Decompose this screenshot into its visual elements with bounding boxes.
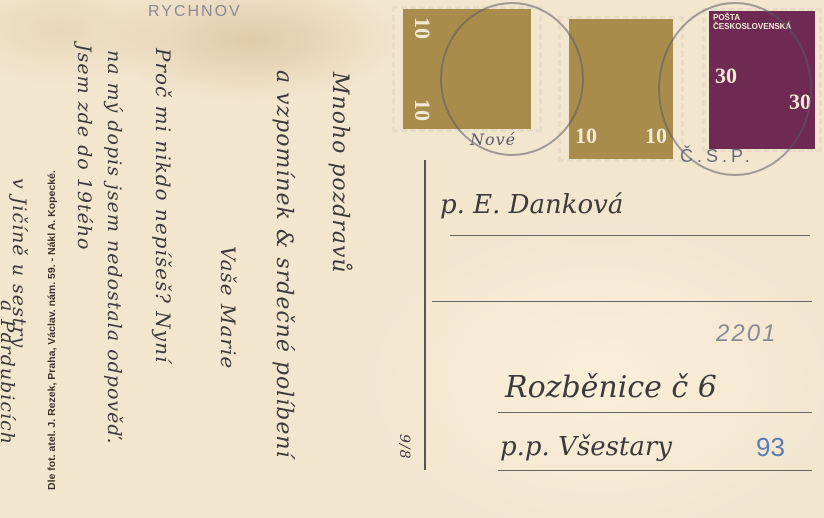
address-rule: [498, 470, 812, 471]
center-divider: [424, 160, 426, 470]
message-line-2: a vzpomínek & srdečné políbení: [271, 70, 296, 459]
message-line-5: na mý dopis jsem nedostala odpověď.: [103, 50, 125, 445]
address-post-office: p.p. Všestary: [500, 432, 672, 462]
address-recipient: p. E. Danková: [440, 190, 623, 220]
postcard-back: RYCHNOV Dle fot. atel. J. Rezek, Praha, …: [0, 0, 824, 518]
address-rule: [450, 235, 810, 236]
message-line-6: Jsem zde do 19tého: [73, 44, 95, 251]
publisher-imprint: Dle fot. atel. J. Rezek, Praha, Václav. …: [46, 170, 58, 490]
address-rule: [498, 412, 812, 413]
postmark-text: Č.S.P.: [680, 146, 754, 167]
pencil-number: 2201: [716, 320, 777, 348]
message-line-1: Mnoho pozdravů: [327, 72, 352, 274]
address-rule: [432, 301, 812, 302]
address-street: Rozběnice č 6: [505, 370, 717, 405]
message-line-4: Proč mi nikdo nepíšeš? Nyní: [151, 48, 175, 363]
message-line-8: a Pardubicích: [0, 300, 18, 445]
message-line-3: Vaše Marie: [216, 246, 240, 369]
blue-number: 93: [756, 432, 785, 463]
date-note: 9/8: [396, 434, 412, 460]
pencil-note-top: RYCHNOV: [148, 3, 242, 21]
postmark-text: Nové: [470, 130, 516, 149]
